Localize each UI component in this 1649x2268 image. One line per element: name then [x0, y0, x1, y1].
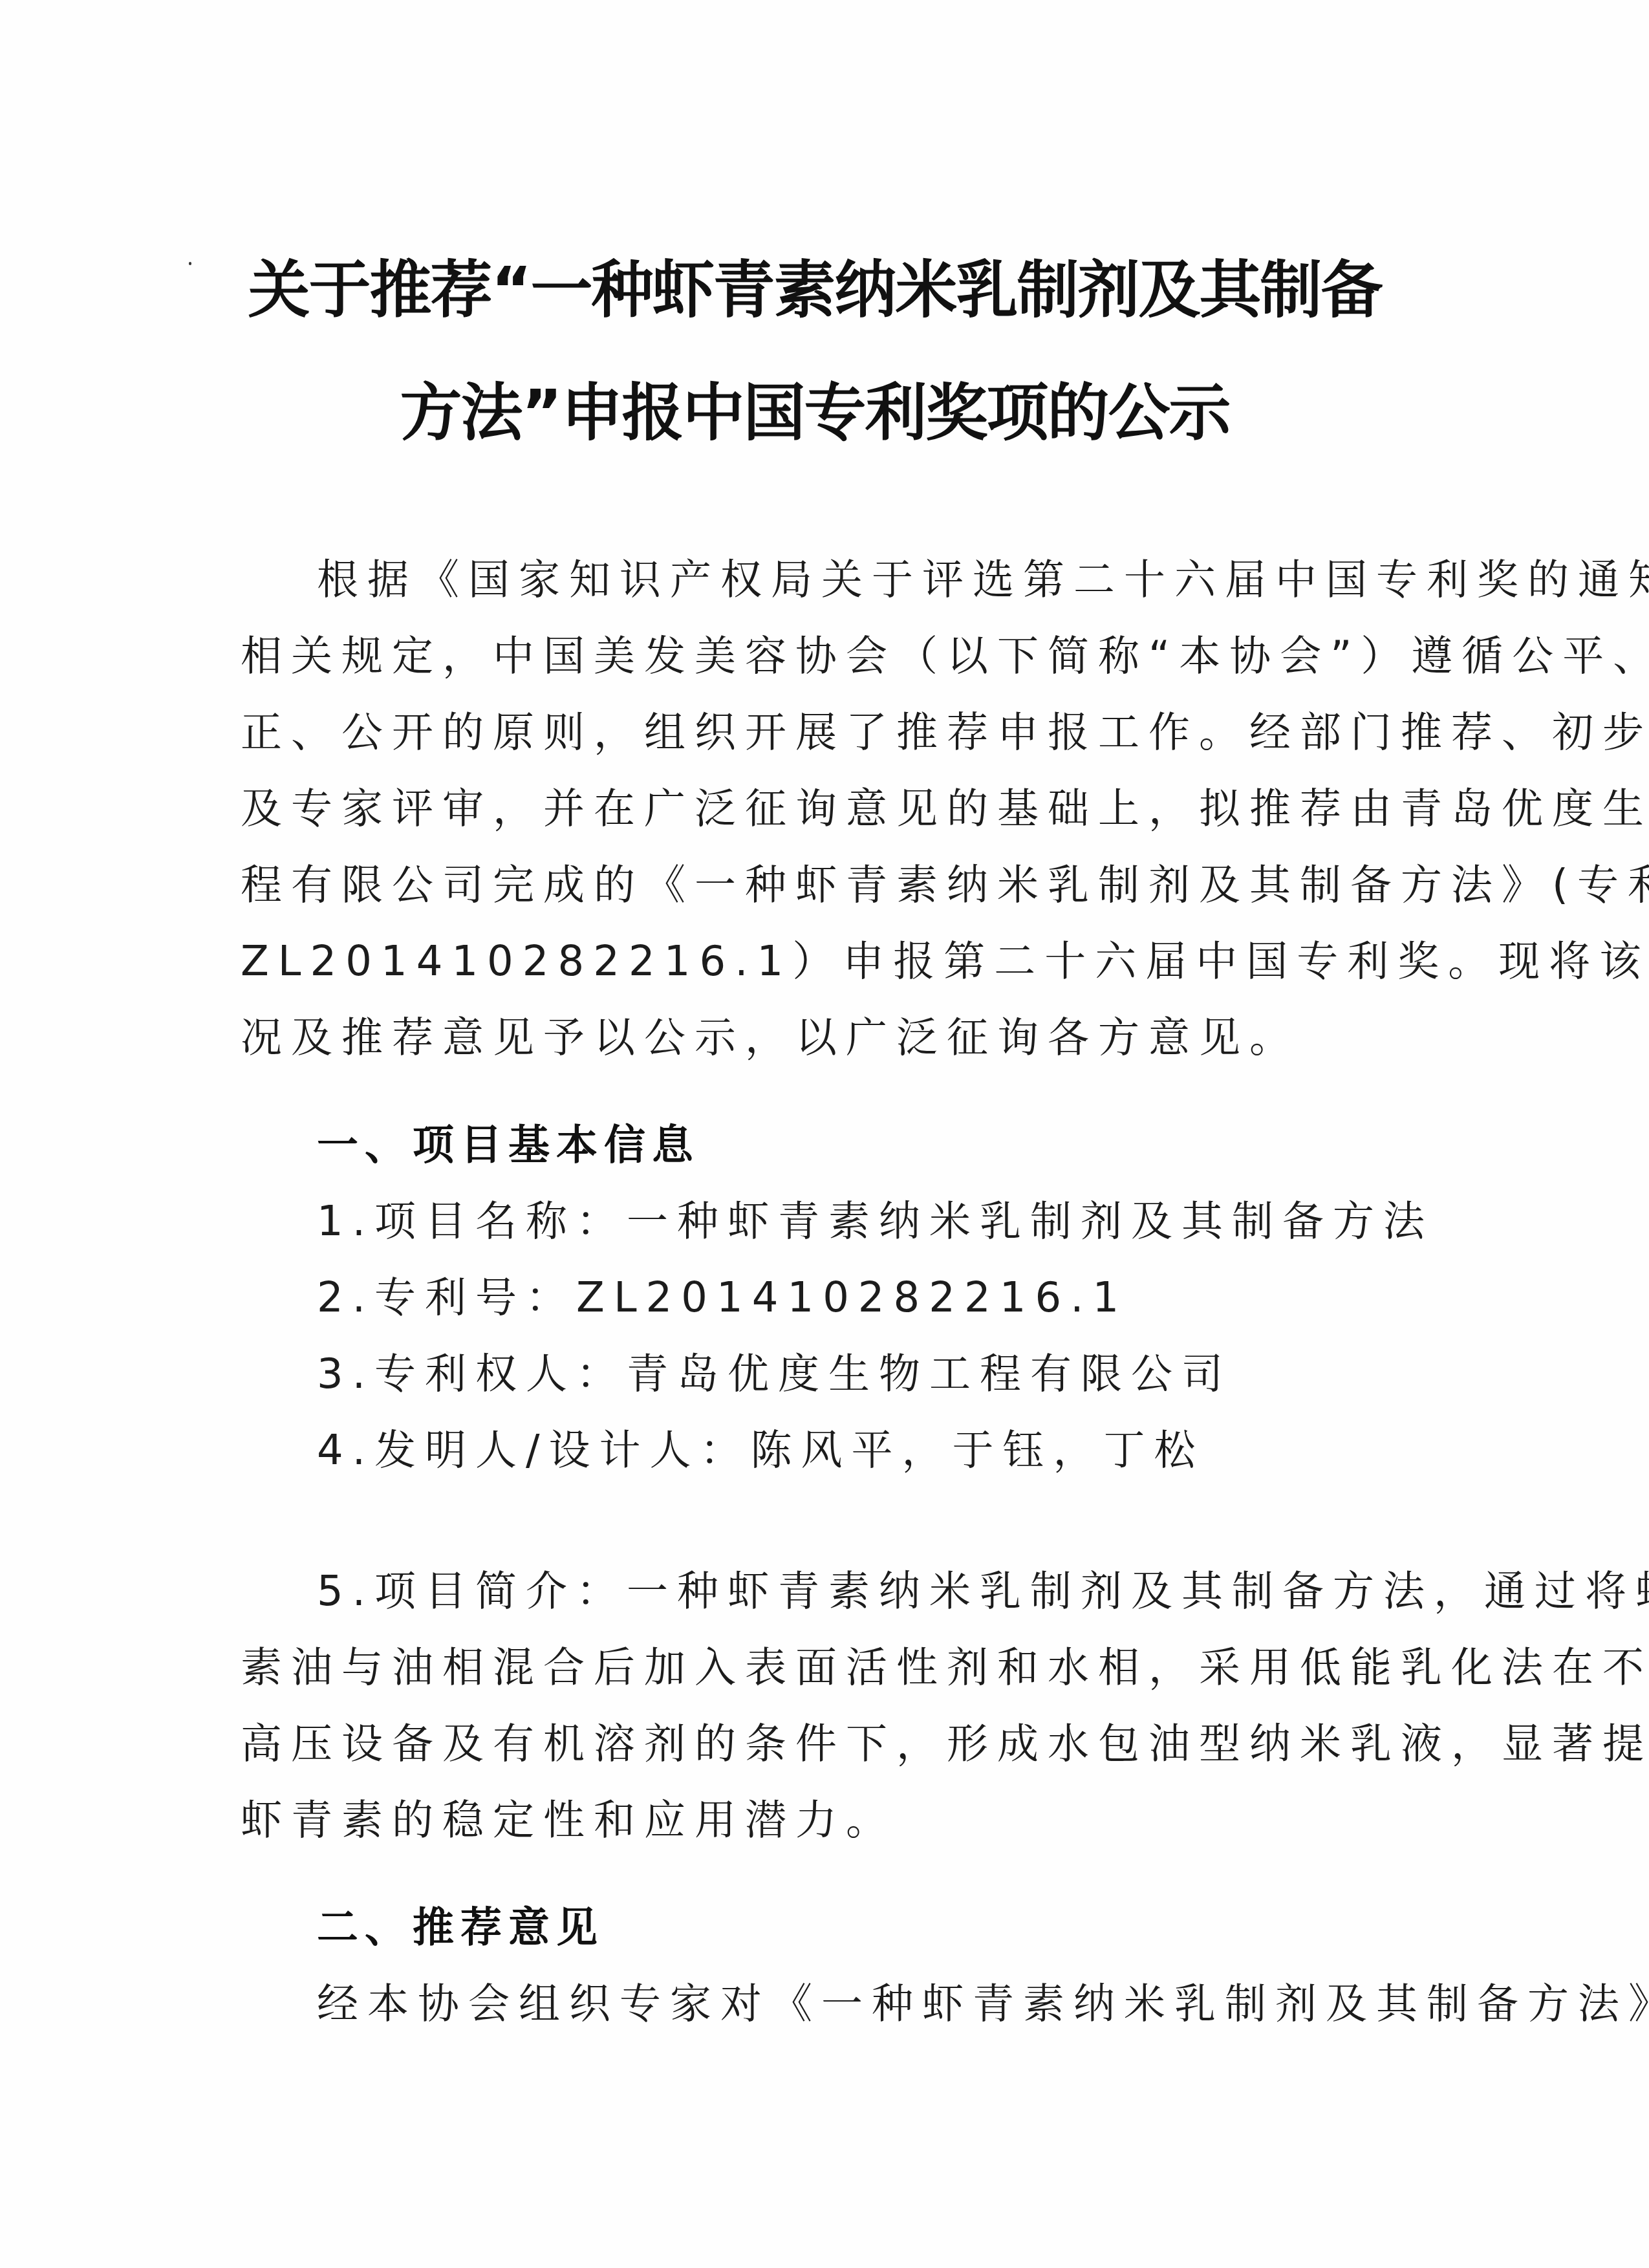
scan-speck	[189, 262, 191, 265]
summary-line: 素油与油相混合后加入表面活性剂和水相，采用低能乳化法在不依赖	[241, 1642, 1379, 1694]
summary-line: 5.项目简介：一种虾青素纳米乳制剂及其制备方法，通过将虾青	[317, 1566, 1379, 1617]
summary-line: 高压设备及有机溶剂的条件下，形成水包油型纳米乳液，显著提高了	[241, 1718, 1379, 1770]
document-title-line-1: 关于推荐“一种虾青素纳米乳制剂及其制备	[233, 241, 1397, 329]
summary-line: 虾青素的稳定性和应用潜力。	[241, 1795, 1379, 1846]
document-page: 关于推荐“一种虾青素纳米乳制剂及其制备 方法”申报中国专利奖项的公示 根据《国家…	[0, 0, 1649, 2268]
section-heading-basic-info: 一、项目基本信息	[317, 1119, 700, 1171]
info-item-inventors: 4.发明人/设计人：陈风平，于钰，丁松	[317, 1425, 1205, 1476]
intro-line: 相关规定，中国美发美容协会（以下简称“本协会”）遵循公平、公	[241, 631, 1379, 682]
recommendation-line: 经本协会组织专家对《一种虾青素纳米乳制剂及其制备方法》专	[317, 1978, 1379, 2030]
document-title-line-2: 方法”申报中国专利奖项的公示	[233, 363, 1397, 452]
intro-line: 正、公开的原则，组织开展了推荐申报工作。经部门推荐、初步筛选	[241, 707, 1379, 759]
intro-line: ZL201410282216.1）申报第二十六届中国专利奖。现将该项目基本情	[241, 936, 1379, 988]
info-item-project-name: 1.项目名称：一种虾青素纳米乳制剂及其制备方法	[317, 1196, 1434, 1247]
intro-line: 及专家评审，并在广泛征询意见的基础上，拟推荐由青岛优度生物工	[241, 783, 1379, 835]
info-item-patentee: 3.专利权人：青岛优度生物工程有限公司	[317, 1348, 1232, 1400]
intro-line: 况及推荐意见予以公示，以广泛征询各方意见。	[241, 1012, 1379, 1064]
intro-line: 根据《国家知识产权局关于评选第二十六届中国专利奖的通知》	[317, 554, 1379, 606]
section-heading-recommendation: 二、推荐意见	[317, 1902, 604, 1954]
info-item-patent-number: 2.专利号：ZL201410282216.1	[317, 1272, 1128, 1324]
intro-line: 程有限公司完成的《一种虾青素纳米乳制剂及其制备方法》(专利号：	[241, 859, 1379, 911]
